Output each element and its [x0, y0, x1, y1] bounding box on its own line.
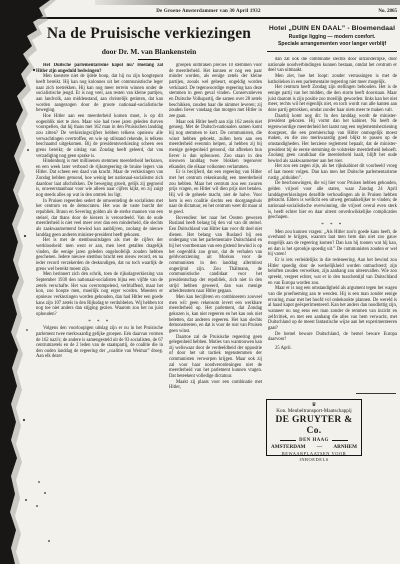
gruyter-city-main-row: DEN HAAG: [267, 437, 361, 444]
article-paragraph: Bovendien: het naar het Oosten gewezen R…: [169, 216, 262, 295]
hotel-duin-en-daal-ad: Hotel „DUIN EN DAAL” - Bloemendaal Rusti…: [267, 25, 397, 52]
article-paragraph: Daartoe zal de Pruisische regeering geen…: [169, 335, 262, 380]
article-paragraph: Men koestere niet de ijdele hoop, dat hi…: [36, 74, 163, 114]
article-paragraph: dan zal ook die combinatie slechts door …: [268, 57, 397, 74]
gruyter-company-type: Kon. Meubeltransport-Maatschappij: [267, 408, 361, 415]
gruyter-tagline: BEWAARPLAATSEN VOOR INBOEDELS: [267, 451, 361, 464]
article-end-rule: [356, 393, 396, 394]
den-haag-rule-right: [332, 440, 348, 441]
page-header: 8 De Groene Amsterdammer van 30 April 19…: [36, 7, 397, 16]
gruyter-company-name: DE GRUYTER & Co.: [267, 415, 361, 437]
article-paragraph: Men ziet, hoe het loopt: zonder verrassi…: [268, 74, 397, 85]
hotel-ad-line2: Rustige ligging — modern comfort.: [267, 34, 397, 40]
de-gruyter-ad: ♛ Kon. Meubeltransport-Maatschappij DE G…: [266, 399, 362, 456]
scan-speck: [36, 505, 38, 507]
article-paragraph: Er is iets verleidelijks in die redeneer…: [268, 258, 397, 286]
article-byline: door Dr. M. van Blankenstein: [36, 47, 262, 56]
article-paragraph: Maar er is nog een omstandigheid als arg…: [268, 286, 397, 331]
hotel-ad-rule: [267, 51, 397, 52]
article-paragraph: Het zou een zegen zijn, als het rijkskab…: [268, 164, 397, 181]
article-paragraph: Men herinnert zich den schrik, toen de r…: [36, 272, 163, 317]
den-haag-rule-left: [280, 440, 296, 441]
section-separator: * * *: [36, 320, 163, 326]
scan-speck: [44, 492, 46, 494]
masthead: De Groene Amsterdammer van 30 April 1932: [39, 9, 379, 14]
article-paragraph: Hoe Hitler aan een meerderheid komen moe…: [36, 114, 163, 159]
issue-number: No. 2865: [378, 9, 397, 14]
article-paragraph: Daarbij komt nog dit: In den landdag wor…: [268, 114, 397, 165]
hotel-ad-name: Hotel „DUIN EN DAAL” - Bloemendaal: [267, 25, 397, 32]
gruyter-city-right: ARNHEM: [333, 444, 357, 451]
article-paragraph: Maakt zij plaats voor een combinatie met…: [169, 380, 262, 391]
article-paragraph: groepen ontbraken precies 10 stemmen voo…: [169, 63, 262, 120]
article-paragraph: Het centrum heeft Zondag zijn stellingen…: [268, 85, 397, 113]
article-column-2: groepen ontbraken precies 10 stemmen voo…: [169, 63, 262, 460]
article-header: Na de Pruisische verkiezingen door Dr. M…: [36, 24, 262, 60]
gruyter-city-left: AMSTERDAM: [271, 444, 306, 451]
article-paragraph: Volgens den voorloopigen uitslag zijn er…: [36, 326, 163, 360]
article-paragraph: Maar ook Hitler heeft aan zijn 162 zetel…: [169, 120, 262, 171]
article-title: Na de Pruisische verkiezingen: [36, 24, 262, 44]
article-paragraph: Het is met de stembusuitslagen als met d…: [36, 238, 163, 272]
article-column-3: dan zal ook die combinatie slechts door …: [268, 57, 397, 388]
gruyter-city-main: DEN HAAG: [299, 437, 329, 444]
article-paragraph: Er is becijferd, dat een regeering van H…: [169, 170, 262, 215]
article-paragraph: De hemel beware Duitschland, de hemel be…: [268, 332, 397, 343]
newspaper-page: 8 De Groene Amsterdammer van 30 April 19…: [0, 0, 400, 564]
article-paragraph: 25 April.: [268, 346, 397, 352]
article-paragraph: Men zou kunnen vragen: „Als Hitler zoo'n…: [268, 230, 397, 258]
article-paragraph: Hindenburg is met millioenen stemmen mee…: [36, 159, 163, 199]
gruyter-cities-row: AMSTERDAM — ARNHEM: [267, 444, 361, 451]
scan-streak-artifact: [95, 0, 400, 5]
article-paragraph: De beschouwingen, die wij hier voor Prui…: [268, 181, 397, 221]
article-paragraph: Het Duitsche parlementarisme kapot nu? H…: [36, 63, 163, 74]
header-rule: [36, 17, 397, 19]
article-paragraph: Men kan becijferen en combineeren zoovee…: [169, 295, 262, 335]
article-column-1: Het Duitsche parlementarisme kapot nu? H…: [36, 63, 163, 460]
article-paragraph: In Pruisen regeerden sedert de omwenteli…: [36, 199, 163, 239]
byline-rule: [138, 59, 160, 60]
gruyter-dash: —: [317, 444, 322, 451]
scan-speck: [48, 540, 50, 542]
section-separator: * * *: [268, 223, 397, 229]
scan-speck: [38, 481, 40, 483]
hotel-ad-line3: Speciale arrangementen voor langer verbl…: [267, 41, 397, 47]
